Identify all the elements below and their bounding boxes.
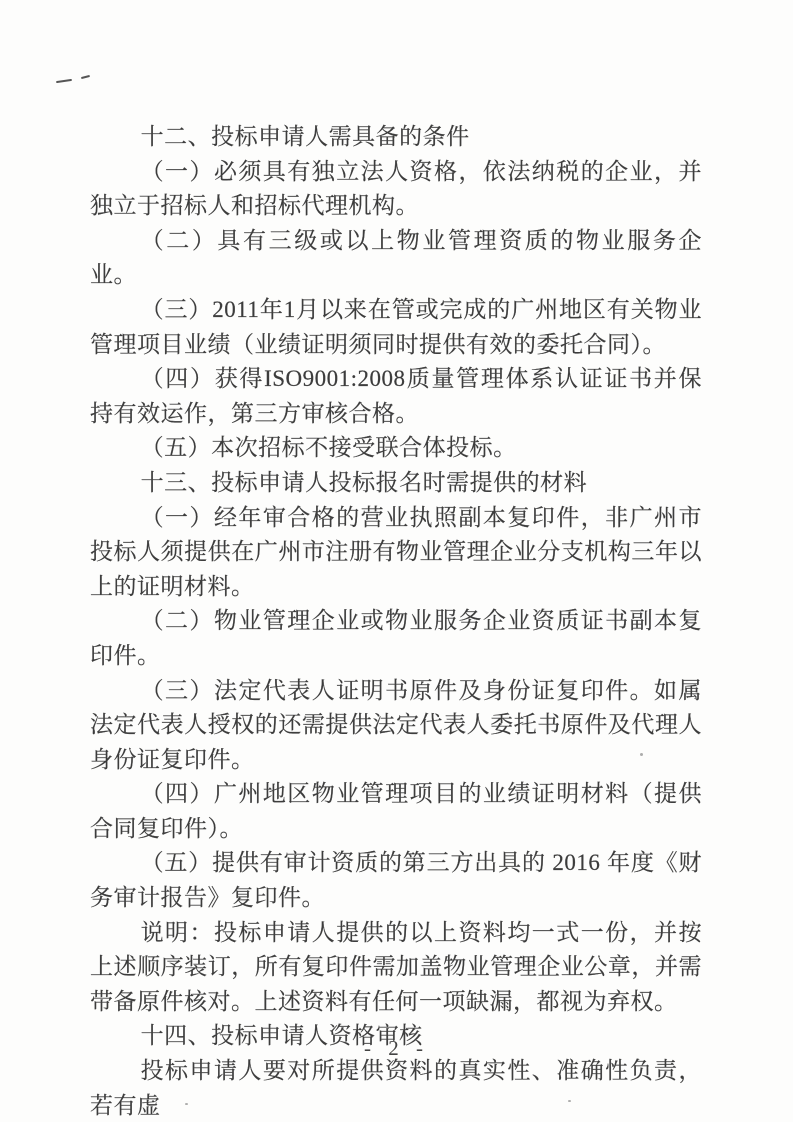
page-number: - 2 -	[0, 1036, 793, 1061]
paragraph: （二）物业管理企业或物业服务企业资质证书副本复印件。	[90, 604, 702, 673]
paragraph: （四）广州地区物业管理项目的业绩证明材料（提供合同复印件）。	[90, 777, 702, 846]
paragraph: （五）本次招标不接受联合体投标。	[90, 431, 702, 466]
section-heading: 十二、投标申请人需具备的条件	[90, 120, 702, 155]
document-page: 十二、投标申请人需具备的条件 （一）必须具有独立法人资格，依法纳税的企业，并独立…	[0, 0, 793, 1122]
paragraph: （四）获得ISO9001:2008质量管理体系认证证书并保持有效运作，第三方审核…	[90, 362, 702, 431]
section-heading: 十三、投标申请人投标报名时需提供的材料	[90, 466, 702, 501]
paragraph: 说明：投标申请人提供的以上资料均一式一份，并按上述顺序装订，所有复印件需加盖物业…	[90, 916, 702, 1020]
pen-mark	[56, 79, 72, 83]
paragraph: （三）法定代表人证明书原件及身份证复印件。如属法定代表人授权的还需提供法定代表人…	[90, 674, 702, 778]
paragraph: （三）2011年1月以来在管或完成的广州地区有关物业管理项目业绩（业绩证明须同时…	[90, 293, 702, 362]
paragraph: （二）具有三级或以上物业管理资质的物业服务企业。	[90, 224, 702, 293]
pen-mark	[81, 75, 90, 79]
paragraph: （一）必须具有独立法人资格，依法纳税的企业，并独立于招标人和招标代理机构。	[90, 155, 702, 224]
paragraph: （一）经年审合格的营业执照副本复印件，非广州市投标人须提供在广州市注册有物业管理…	[90, 501, 702, 605]
paragraph: （五）提供有审计资质的第三方出具的 2016 年度《财务审计报告》复印件。	[90, 846, 702, 915]
paragraph: 投标申请人要对所提供资料的真实性、准确性负责，若有虚	[90, 1054, 702, 1122]
document-body: 十二、投标申请人需具备的条件 （一）必须具有独立法人资格，依法纳税的企业，并独立…	[90, 120, 702, 1122]
